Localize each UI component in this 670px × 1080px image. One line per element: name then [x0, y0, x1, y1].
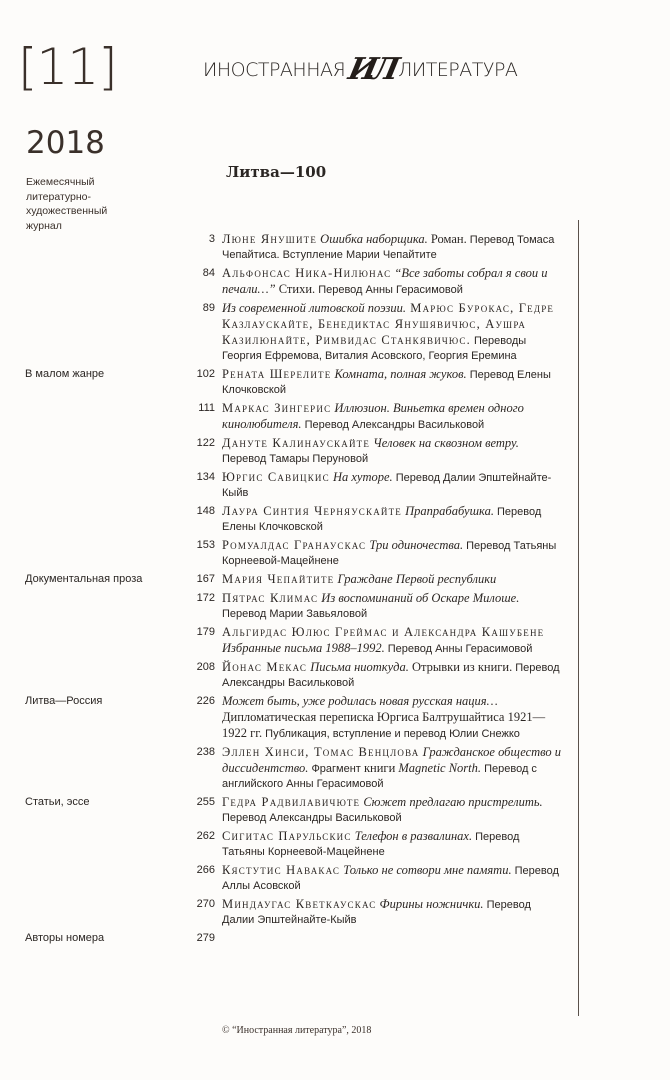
- page-number: 179: [180, 625, 215, 640]
- entry-note: Отрывки из книги.: [409, 660, 512, 674]
- author-name: Альфонсас Ника-Нилюнас: [222, 266, 391, 280]
- entry-note: книги: [361, 761, 395, 775]
- table-of-contents: 3Люне Янушите Ошибка наборщика. Роман. П…: [0, 232, 580, 949]
- section-title: Литва—100: [226, 163, 326, 181]
- entry-text: Может быть, уже родилась новая русская н…: [222, 694, 562, 742]
- entry-note: Роман.: [428, 232, 467, 246]
- page-number: 167: [180, 572, 215, 587]
- issue-number: [11]: [18, 42, 117, 92]
- entry-note: Стихи.: [276, 282, 316, 296]
- work-title: Граждане Первой республики: [334, 572, 496, 586]
- il-logo-icon: ИЛ: [345, 52, 397, 87]
- issue-year: 2018: [26, 128, 105, 159]
- entry-text: Сигитас Парульскис Телефон в развалинах.…: [222, 829, 562, 860]
- work-title: Из современной литовской поэзии.: [222, 301, 406, 315]
- author-name: Йонас Мекас: [222, 660, 307, 674]
- entry-text: Миндаугас Кветкаускас Фирины ножнички. П…: [222, 897, 562, 928]
- entry-text: Люне Янушите Ошибка наборщика. Роман. Пе…: [222, 232, 562, 263]
- tagline-line: журнал: [26, 219, 107, 234]
- toc-entry[interactable]: 3Люне Янушите Ошибка наборщика. Роман. П…: [0, 232, 580, 263]
- entry-text: Маркас Зингерис Иллюзион. Виньетка време…: [222, 401, 562, 433]
- author-name: Дануте Калинаускайте: [222, 436, 370, 450]
- toc-entry[interactable]: 270Миндаугас Кветкаускас Фирины ножнички…: [0, 897, 580, 928]
- author-name: Маркас Зингерис: [222, 401, 331, 415]
- work-title: Сюжет предлагаю пристрелить.: [360, 795, 542, 809]
- author-name: Миндаугас Кветкаускас: [222, 897, 376, 911]
- rubric-label: Авторы номера: [25, 931, 104, 946]
- toc-entry[interactable]: 148Лаура Синтия Черняускайте Прапрабабуш…: [0, 504, 580, 535]
- page-number: 270: [180, 897, 215, 912]
- entry-text: Гедра Радвилавичюте Сюжет предлагаю прис…: [222, 795, 562, 826]
- toc-entry[interactable]: 122Дануте Калинаускайте Человек на сквоз…: [0, 436, 580, 467]
- page-number: 226: [180, 694, 215, 709]
- copyright: © “Иностранная литература”, 2018: [222, 1025, 371, 1036]
- rubric-label: Литва—Россия: [25, 694, 102, 709]
- entry-note: Перевод Александры Васильковой: [302, 419, 485, 431]
- toc-entry[interactable]: 266Кястутис Навакас Только не сотвори мн…: [0, 863, 580, 894]
- work-title: Только не сотвори мне памяти.: [340, 863, 512, 877]
- page-number: 89: [180, 301, 215, 316]
- entry-note: Фрагмент: [308, 763, 360, 775]
- work-title: Телефон в развалинах.: [352, 829, 473, 843]
- toc-entry[interactable]: 134Юргис Савицкис На хуторе. Перевод Дал…: [0, 470, 580, 501]
- entry-text: Из современной литовской поэзии. Марюс Б…: [222, 301, 562, 364]
- page-number: 262: [180, 829, 215, 844]
- toc-entry[interactable]: Статьи, эссе255Гедра Радвилавичюте Сюжет…: [0, 795, 580, 826]
- author-name: Мария Чепайтите: [222, 572, 334, 586]
- entry-text: Альфонсас Ника-Нилюнас “Все заботы собра…: [222, 266, 562, 298]
- page-number: 279: [180, 931, 215, 946]
- page-number: 148: [180, 504, 215, 519]
- toc-entry[interactable]: Литва—Россия226Может быть, уже родилась …: [0, 694, 580, 742]
- entry-note: Перевод Александры Васильковой: [222, 812, 402, 824]
- toc-entry[interactable]: В малом жанре102Рената Шерелите Комната,…: [0, 367, 580, 398]
- entry-text: Пятрас Климас Из воспоминаний об Оскаре …: [222, 591, 562, 622]
- author-name: Кястутис Навакас: [222, 863, 340, 877]
- entry-note: Публикация, вступление и перевод Юлии Сн…: [262, 728, 520, 740]
- work-title: Фирины ножнички.: [376, 897, 483, 911]
- author-name: Ромуалдас Гранаускас: [222, 538, 366, 552]
- entry-note: Перевод Тамары Перуновой: [222, 453, 368, 465]
- entry-text: [222, 931, 562, 946]
- toc-entry[interactable]: 262Сигитас Парульскис Телефон в развалин…: [0, 829, 580, 860]
- author-name: Эллен Хинси, Томас Венцлова: [222, 745, 419, 759]
- entry-text: Альгирдас Юлюс Греймас и Александра Кашу…: [222, 625, 562, 657]
- entry-text: Лаура Синтия Черняускайте Прапрабабушка.…: [222, 504, 562, 535]
- entry-text: Ромуалдас Гранаускас Три одиночества. Пе…: [222, 538, 562, 569]
- page-number: 111: [180, 401, 215, 416]
- author-name: Сигитас Парульскис: [222, 829, 352, 843]
- page-number: 153: [180, 538, 215, 553]
- toc-entry[interactable]: 208Йонас Мекас Письма ниоткуда. Отрывки …: [0, 660, 580, 691]
- toc-entry[interactable]: 179Альгирдас Юлюс Греймас и Александра К…: [0, 625, 580, 657]
- entry-text: Юргис Савицкис На хуторе. Перевод Далии …: [222, 470, 562, 501]
- entry-text: Эллен Хинси, Томас Венцлова Гражданское …: [222, 745, 562, 792]
- author-name: Лаура Синтия Черняускайте: [222, 504, 402, 518]
- page-number: 102: [180, 367, 215, 382]
- work-title: Три одиночества.: [366, 538, 463, 552]
- work-title: Избранные письма 1988–1992.: [222, 641, 385, 655]
- page-number: 122: [180, 436, 215, 451]
- entry-text: Йонас Мекас Письма ниоткуда. Отрывки из …: [222, 660, 562, 691]
- work-title: Комната, полная жуков.: [331, 367, 466, 381]
- work-title: Письма ниоткуда.: [307, 660, 409, 674]
- masthead-left: ИНОСТРАННАЯ: [203, 59, 345, 81]
- work-title: Прапрабабушка.: [402, 504, 494, 518]
- page-number: 84: [180, 266, 215, 281]
- rubric-label: Статьи, эссе: [25, 795, 90, 810]
- toc-entry[interactable]: 172Пятрас Климас Из воспоминаний об Оска…: [0, 591, 580, 622]
- page-number: 255: [180, 795, 215, 810]
- masthead: ИНОСТРАННАЯ ИЛ ЛИТЕРАТУРА: [203, 52, 517, 87]
- entry-note: Перевод Анны Герасимовой: [385, 643, 533, 655]
- work-title: Из воспоминаний об Оскаре Милоше.: [318, 591, 519, 605]
- journal-tagline: Ежемесячный литературно- художественный …: [26, 175, 107, 233]
- entry-text: Кястутис Навакас Только не сотвори мне п…: [222, 863, 562, 894]
- author-name: Альгирдас Юлюс Греймас и Александра Кашу…: [222, 625, 544, 639]
- entry-text: Дануте Калинаускайте Человек на сквозном…: [222, 436, 562, 467]
- entry-note: Перевод Марии Завьяловой: [222, 608, 367, 620]
- author-name: Юргис Савицкис: [222, 470, 330, 484]
- rubric-label: В малом жанре: [25, 367, 104, 382]
- work-title: Magnetic North.: [395, 761, 481, 775]
- toc-entry[interactable]: 238Эллен Хинси, Томас Венцлова Гражданск…: [0, 745, 580, 792]
- page-number: 266: [180, 863, 215, 878]
- entry-text: Мария Чепайтите Граждане Первой республи…: [222, 572, 562, 588]
- page-number: 238: [180, 745, 215, 760]
- author-name: Гедра Радвилавичюте: [222, 795, 360, 809]
- page-number: 134: [180, 470, 215, 485]
- tagline-line: литературно-: [26, 190, 107, 205]
- rubric-label: Документальная проза: [25, 572, 142, 587]
- entry-text: Рената Шерелите Комната, полная жуков. П…: [222, 367, 562, 398]
- work-title: Может быть, уже родилась новая русская н…: [222, 694, 498, 708]
- work-title: Человек на сквозном ветру.: [370, 436, 519, 450]
- toc-entry[interactable]: 153Ромуалдас Гранаускас Три одиночества.…: [0, 538, 580, 569]
- toc-entry[interactable]: 89Из современной литовской поэзии. Марюс…: [0, 301, 580, 364]
- tagline-line: Ежемесячный: [26, 175, 107, 190]
- page-number: 208: [180, 660, 215, 675]
- toc-entry[interactable]: 84Альфонсас Ника-Нилюнас “Все заботы соб…: [0, 266, 580, 298]
- page-number: 3: [180, 232, 215, 247]
- toc-entry[interactable]: Документальная проза167Мария Чепайтите Г…: [0, 572, 580, 588]
- toc-entry[interactable]: Авторы номера279: [0, 931, 580, 946]
- work-title: На хуторе.: [330, 470, 393, 484]
- author-name: Пятрас Климас: [222, 591, 318, 605]
- tagline-line: художественный: [26, 204, 107, 219]
- toc-entry[interactable]: 111Маркас Зингерис Иллюзион. Виньетка вр…: [0, 401, 580, 433]
- masthead-right: ЛИТЕРАТУРА: [398, 59, 517, 81]
- entry-note: Перевод Анны Герасимовой: [315, 284, 463, 296]
- page-number: 172: [180, 591, 215, 606]
- work-title: Ошибка наборщика.: [317, 232, 428, 246]
- author-name: Люне Янушите: [222, 232, 317, 246]
- author-name: Рената Шерелите: [222, 367, 331, 381]
